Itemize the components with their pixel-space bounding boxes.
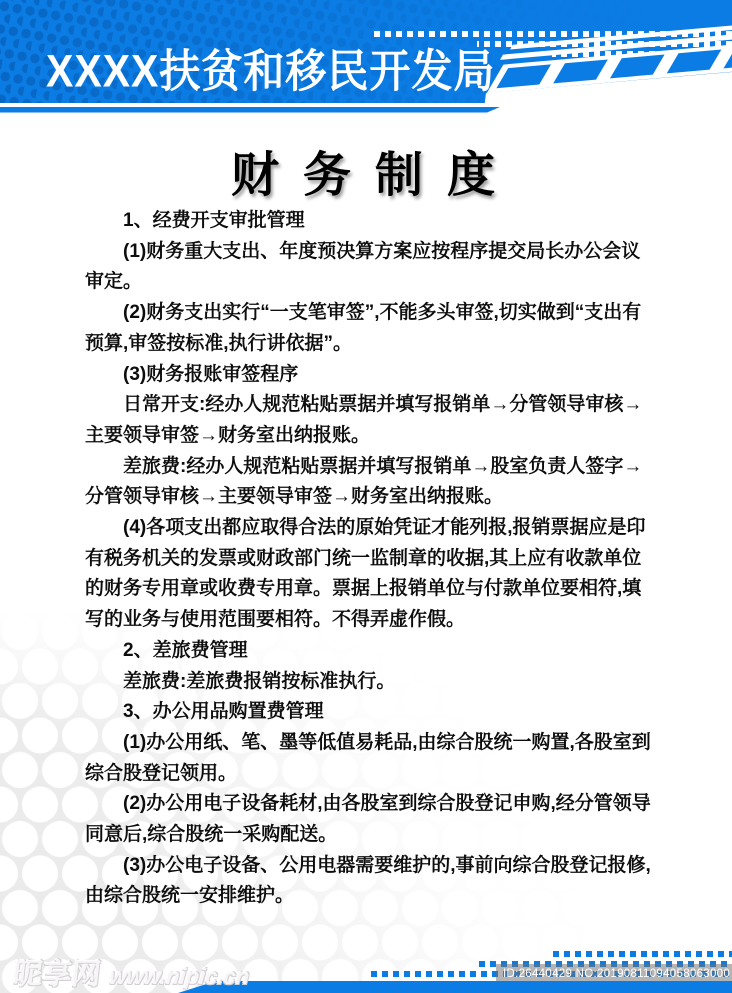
document-body: 1、经费开支审批管理 (1)财务重大支出、年度预决算方案应按程序提交局长办公会议… bbox=[85, 206, 655, 912]
header-band: XXXX扶贫和移民开发局 bbox=[0, 0, 732, 130]
paragraph: 差旅费:差旅费报销按标准执行。 bbox=[85, 667, 655, 698]
org-title: XXXX扶贫和移民开发局 bbox=[46, 49, 495, 94]
paragraph: (3)财务报账审签程序 bbox=[85, 360, 655, 391]
paragraph: (2)财务支出实行“一支笔审签”,不能多头审签,切实做到“支出有预算,审签按标准… bbox=[85, 298, 655, 359]
section-heading: 1、经费开支审批管理 bbox=[85, 206, 655, 237]
section-heading: 3、办公用品购置费管理 bbox=[85, 697, 655, 728]
paragraph: (4)各项支出都应取得合法的原始凭证才能列报,报销票据应是印有税务机关的发票或财… bbox=[85, 513, 655, 636]
poster-page: XXXX扶贫和移民开发局 财 务 制 度 1、经费开支审批管理 (1)财务重大支… bbox=[0, 0, 732, 993]
paragraph: (3)办公电子设备、公用电器需要维护的,事前向综合股登记报修,由综合股统一安排维… bbox=[85, 851, 655, 912]
header-sub-stripe bbox=[0, 107, 500, 113]
watermark-site-url: www.nipic.cn bbox=[108, 964, 250, 990]
watermark-site-name: 昵享网 bbox=[12, 952, 103, 993]
paragraph: (1)办公用纸、笔、墨等低值易耗品,由综合股统一购置,各股室到综合股登记领用。 bbox=[85, 728, 655, 789]
paragraph: 差旅费:经办人规范粘贴票据并填写报销单→股室负责人签字→分管领导审核→主要领导审… bbox=[85, 452, 655, 513]
paragraph: 日常开支:经办人规范粘贴票据并填写报销单→分管领导审核→主要领导审签→财务室出纳… bbox=[85, 390, 655, 451]
page-title: 财 务 制 度 bbox=[0, 136, 732, 205]
site-watermark: 昵享网 www.nipic.cn bbox=[12, 952, 252, 993]
paragraph: (1)财务重大支出、年度预决算方案应按程序提交局长办公会议审定。 bbox=[85, 237, 655, 298]
section-heading: 2、差旅费管理 bbox=[85, 636, 655, 667]
footer-dotted-squares-row-1 bbox=[553, 951, 732, 957]
paragraph: (2)办公用电子设备耗材,由各股室到综合股登记申购,经分管领导同意后,综合股统一… bbox=[85, 789, 655, 850]
